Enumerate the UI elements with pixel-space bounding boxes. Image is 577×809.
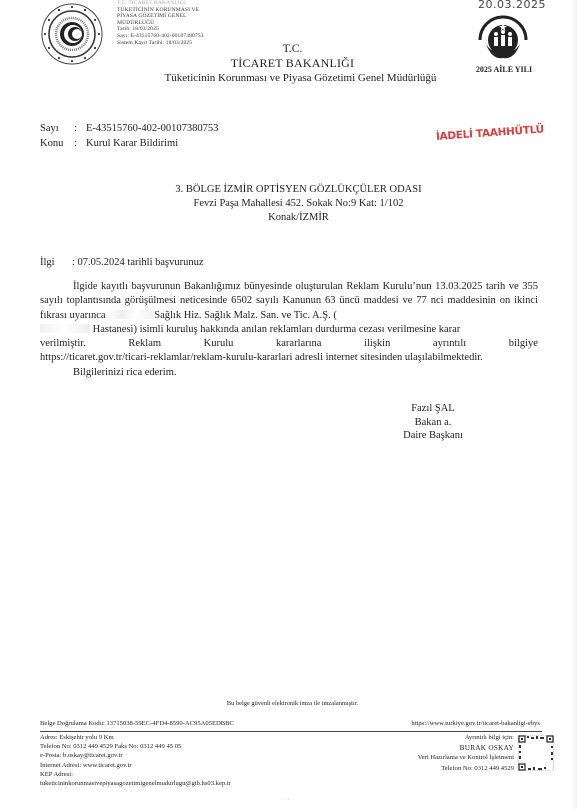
mini-header-line3: MÜDÜRLÜĞÜ: [117, 20, 204, 27]
contact-label: Ayrıntılı bilgi için:: [356, 733, 514, 743]
body-justified-line: verilmiştir.ReklamKurulukararlarınailişk…: [40, 337, 538, 351]
verification-url[interactable]: https://www.turkiye.gov.tr/ticaret-bakan…: [411, 720, 540, 727]
footer-address: Adres: Eskişehir yolu 9 KmTelefon No: 03…: [40, 733, 231, 788]
body-paragraph-1: İlgide kayıtlı başvurunun Bakanlığımız b…: [40, 280, 538, 337]
contact-role: Veri Hazırlama ve Kontrol İşletmeni: [356, 753, 514, 763]
address-line: KEP Adresi:: [40, 770, 231, 779]
mini-header-tarih: Tarih: 18/03/2025: [117, 26, 204, 33]
sayi-value: E-43515760-402-00107380753: [86, 123, 218, 134]
body-word: Kurulu: [204, 337, 234, 351]
body-word: ayrıntılı: [433, 337, 466, 351]
signatory-name: Fazıl ŞAL: [394, 402, 472, 416]
header-tc: T.C.: [0, 43, 577, 55]
recipient-address-2: Konak/İZMİR: [20, 211, 577, 225]
recipient-block: 3. BÖLGE İZMİR OPTİSYEN GÖZLÜKÇÜLER ODAS…: [0, 183, 577, 225]
body-paragraph-2: Bilgilerinizi rica ederim.: [40, 366, 538, 380]
signature-block: Fazıl ŞAL Bakan a. Daire Başkanı: [394, 402, 472, 443]
address-line: tuketicininkorunmasivepiyasagozetimigene…: [40, 779, 231, 788]
konu-separator: :: [74, 136, 86, 151]
registered-mail-stamp: İADELİ TAAHHÜTLÜ: [436, 123, 545, 143]
redacted-company-name: [108, 310, 154, 319]
e-signature-note: Bu belge güvenli elektronik imza ile imz…: [0, 700, 577, 707]
body-word: ilişkin: [364, 337, 390, 351]
mini-header-line0: T.C. TİCARET BAKANLIĞI: [117, 0, 204, 7]
address-line: e-Posta: b.oskay@ticaret.gov.tr: [40, 751, 231, 760]
recipient-address-1: Fevzi Paşa Mahallesi 452. Sokak No:9 Kat…: [20, 197, 577, 211]
header-directorate: Tüketicinin Korunması ve Piyasa Gözetimi…: [0, 72, 577, 84]
header-ministry: TİCARET BAKANLIĞI: [0, 56, 577, 71]
address-line: İnternet Adresi: www.ticaret.gov.tr: [40, 761, 231, 770]
body-text-part-c: Hastanesi) isimli kuruluş hakkında anıla…: [90, 324, 460, 335]
address-line: Adres: Eskişehir yolu 9 Km: [40, 733, 231, 742]
signatory-title-1: Bakan a.: [394, 416, 472, 430]
body-link-line: https://ticaret.gov.tr/ticari-reklamlar/…: [40, 351, 538, 365]
verification-row: Belge Doğrulama Kodu: 13715038-59EC-4FD4…: [40, 720, 540, 727]
document-stamp-header: T.C. TİCARET BAKANLIĞI TÜKETİCİNİN KORUN…: [117, 0, 204, 46]
page-dots: · · ·: [282, 797, 296, 803]
body-word: bilgiye: [509, 337, 538, 351]
sayi-label: Sayı: [40, 121, 74, 136]
sayi-separator: :: [74, 121, 86, 136]
verification-code: Belge Doğrulama Kodu: 13715038-59EC-4FD4…: [40, 720, 234, 727]
address-line: Telefon No: 0312 449 4529 Faks No: 0312 …: [40, 742, 231, 751]
footer-contact: Ayrıntılı bilgi için: BURAK OSKAY Veri H…: [356, 733, 514, 774]
contact-phone: Telefon No: 0312 449 4529: [356, 764, 514, 774]
signatory-title-2: Daire Başkanı: [394, 429, 472, 443]
body-word: kararlarına: [276, 337, 321, 351]
mini-header-line2: PİYASA GÖZETİMİ GENEL: [117, 13, 204, 20]
redacted-hospital-name: [40, 324, 90, 333]
body-word: Reklam: [128, 337, 161, 351]
scan-edge-shadow: [570, 0, 577, 809]
ilgi-value: : 07.05.2024 tarihli başvurunuz: [72, 257, 204, 268]
qr-code-icon: [518, 735, 554, 771]
recipient-name: 3. BÖLGE İZMİR OPTİSYEN GÖZLÜKÇÜLER ODAS…: [20, 183, 577, 197]
document-meta: Sayı:E-43515760-402-00107380753 Konu:Kur…: [40, 121, 218, 151]
ilgi-label: İlgi: [40, 257, 72, 268]
footer-divider: [40, 731, 542, 732]
mini-header-sayi: Sayı: E-43515760-402-00107380753: [117, 33, 204, 40]
konu-label: Konu: [40, 136, 74, 151]
body-word: verilmiştir.: [40, 337, 86, 351]
konu-row: Konu:Kurul Karar Bildirimi: [40, 136, 218, 151]
letter-body: İlgide kayıtlı başvurunun Bakanlığımız b…: [40, 280, 538, 380]
sayi-row: Sayı:E-43515760-402-00107380753: [40, 121, 218, 136]
konu-value: Kurul Karar Bildirimi: [86, 138, 178, 149]
reference-line: İlgi: 07.05.2024 tarihli başvurunuz: [40, 257, 204, 268]
body-text-part-b: Sağlık Hiz. Sağlık Malz. San. ve Tic. A.…: [154, 310, 337, 321]
contact-name: BURAK OSKAY: [356, 743, 514, 753]
